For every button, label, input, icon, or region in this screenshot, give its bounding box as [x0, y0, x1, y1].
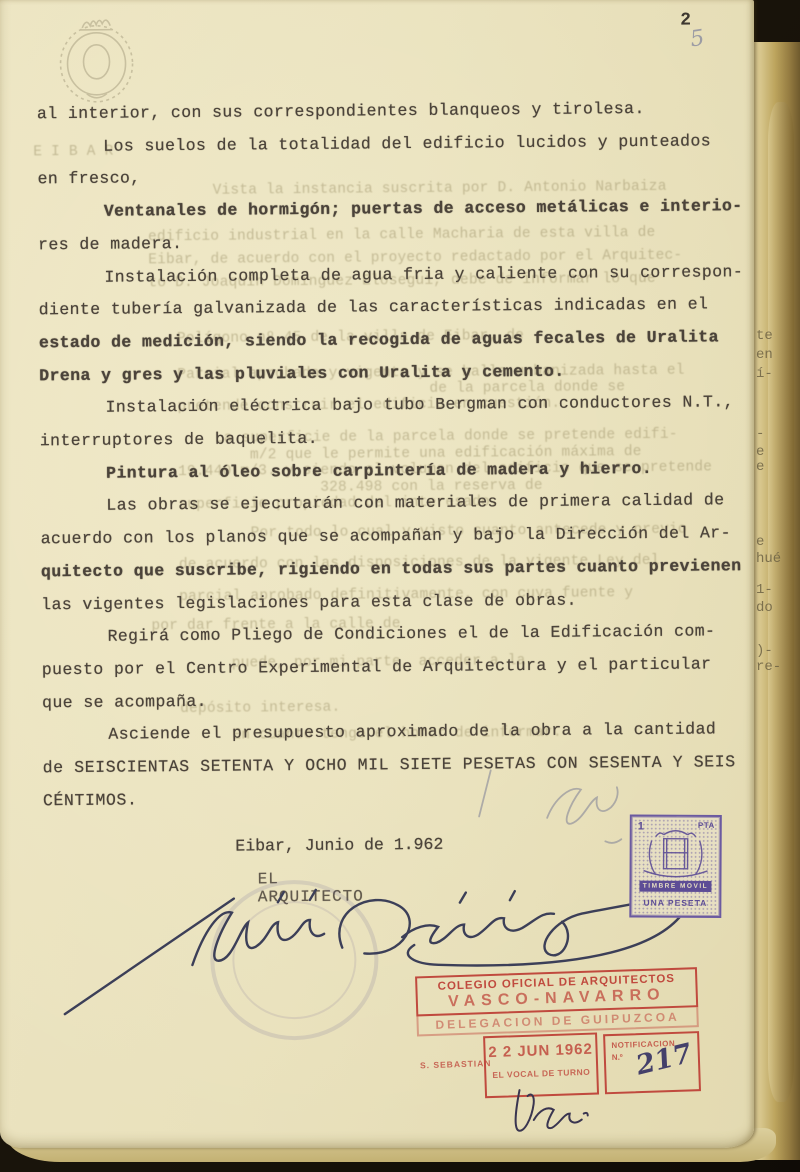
- margin-fragment: í-: [756, 366, 773, 382]
- margin-fragment: e: [756, 444, 764, 460]
- margin-fragment: en: [756, 347, 773, 363]
- margin-fragment: 1-: [756, 582, 773, 598]
- margin-fragment: e: [756, 534, 764, 550]
- margin-fragment: do: [756, 600, 773, 616]
- margin-fragments: teení--eeehué1-do)-re-: [0, 0, 800, 1172]
- scanned-document: Vista la instancia suscrita por D. Anton…: [0, 0, 800, 1172]
- margin-fragment: te: [756, 328, 773, 344]
- margin-fragment: re-: [756, 659, 781, 675]
- margin-fragment: e: [756, 459, 764, 475]
- margin-fragment: hué: [756, 551, 781, 567]
- margin-fragment: )-: [756, 643, 773, 659]
- margin-fragment: -: [756, 426, 764, 442]
